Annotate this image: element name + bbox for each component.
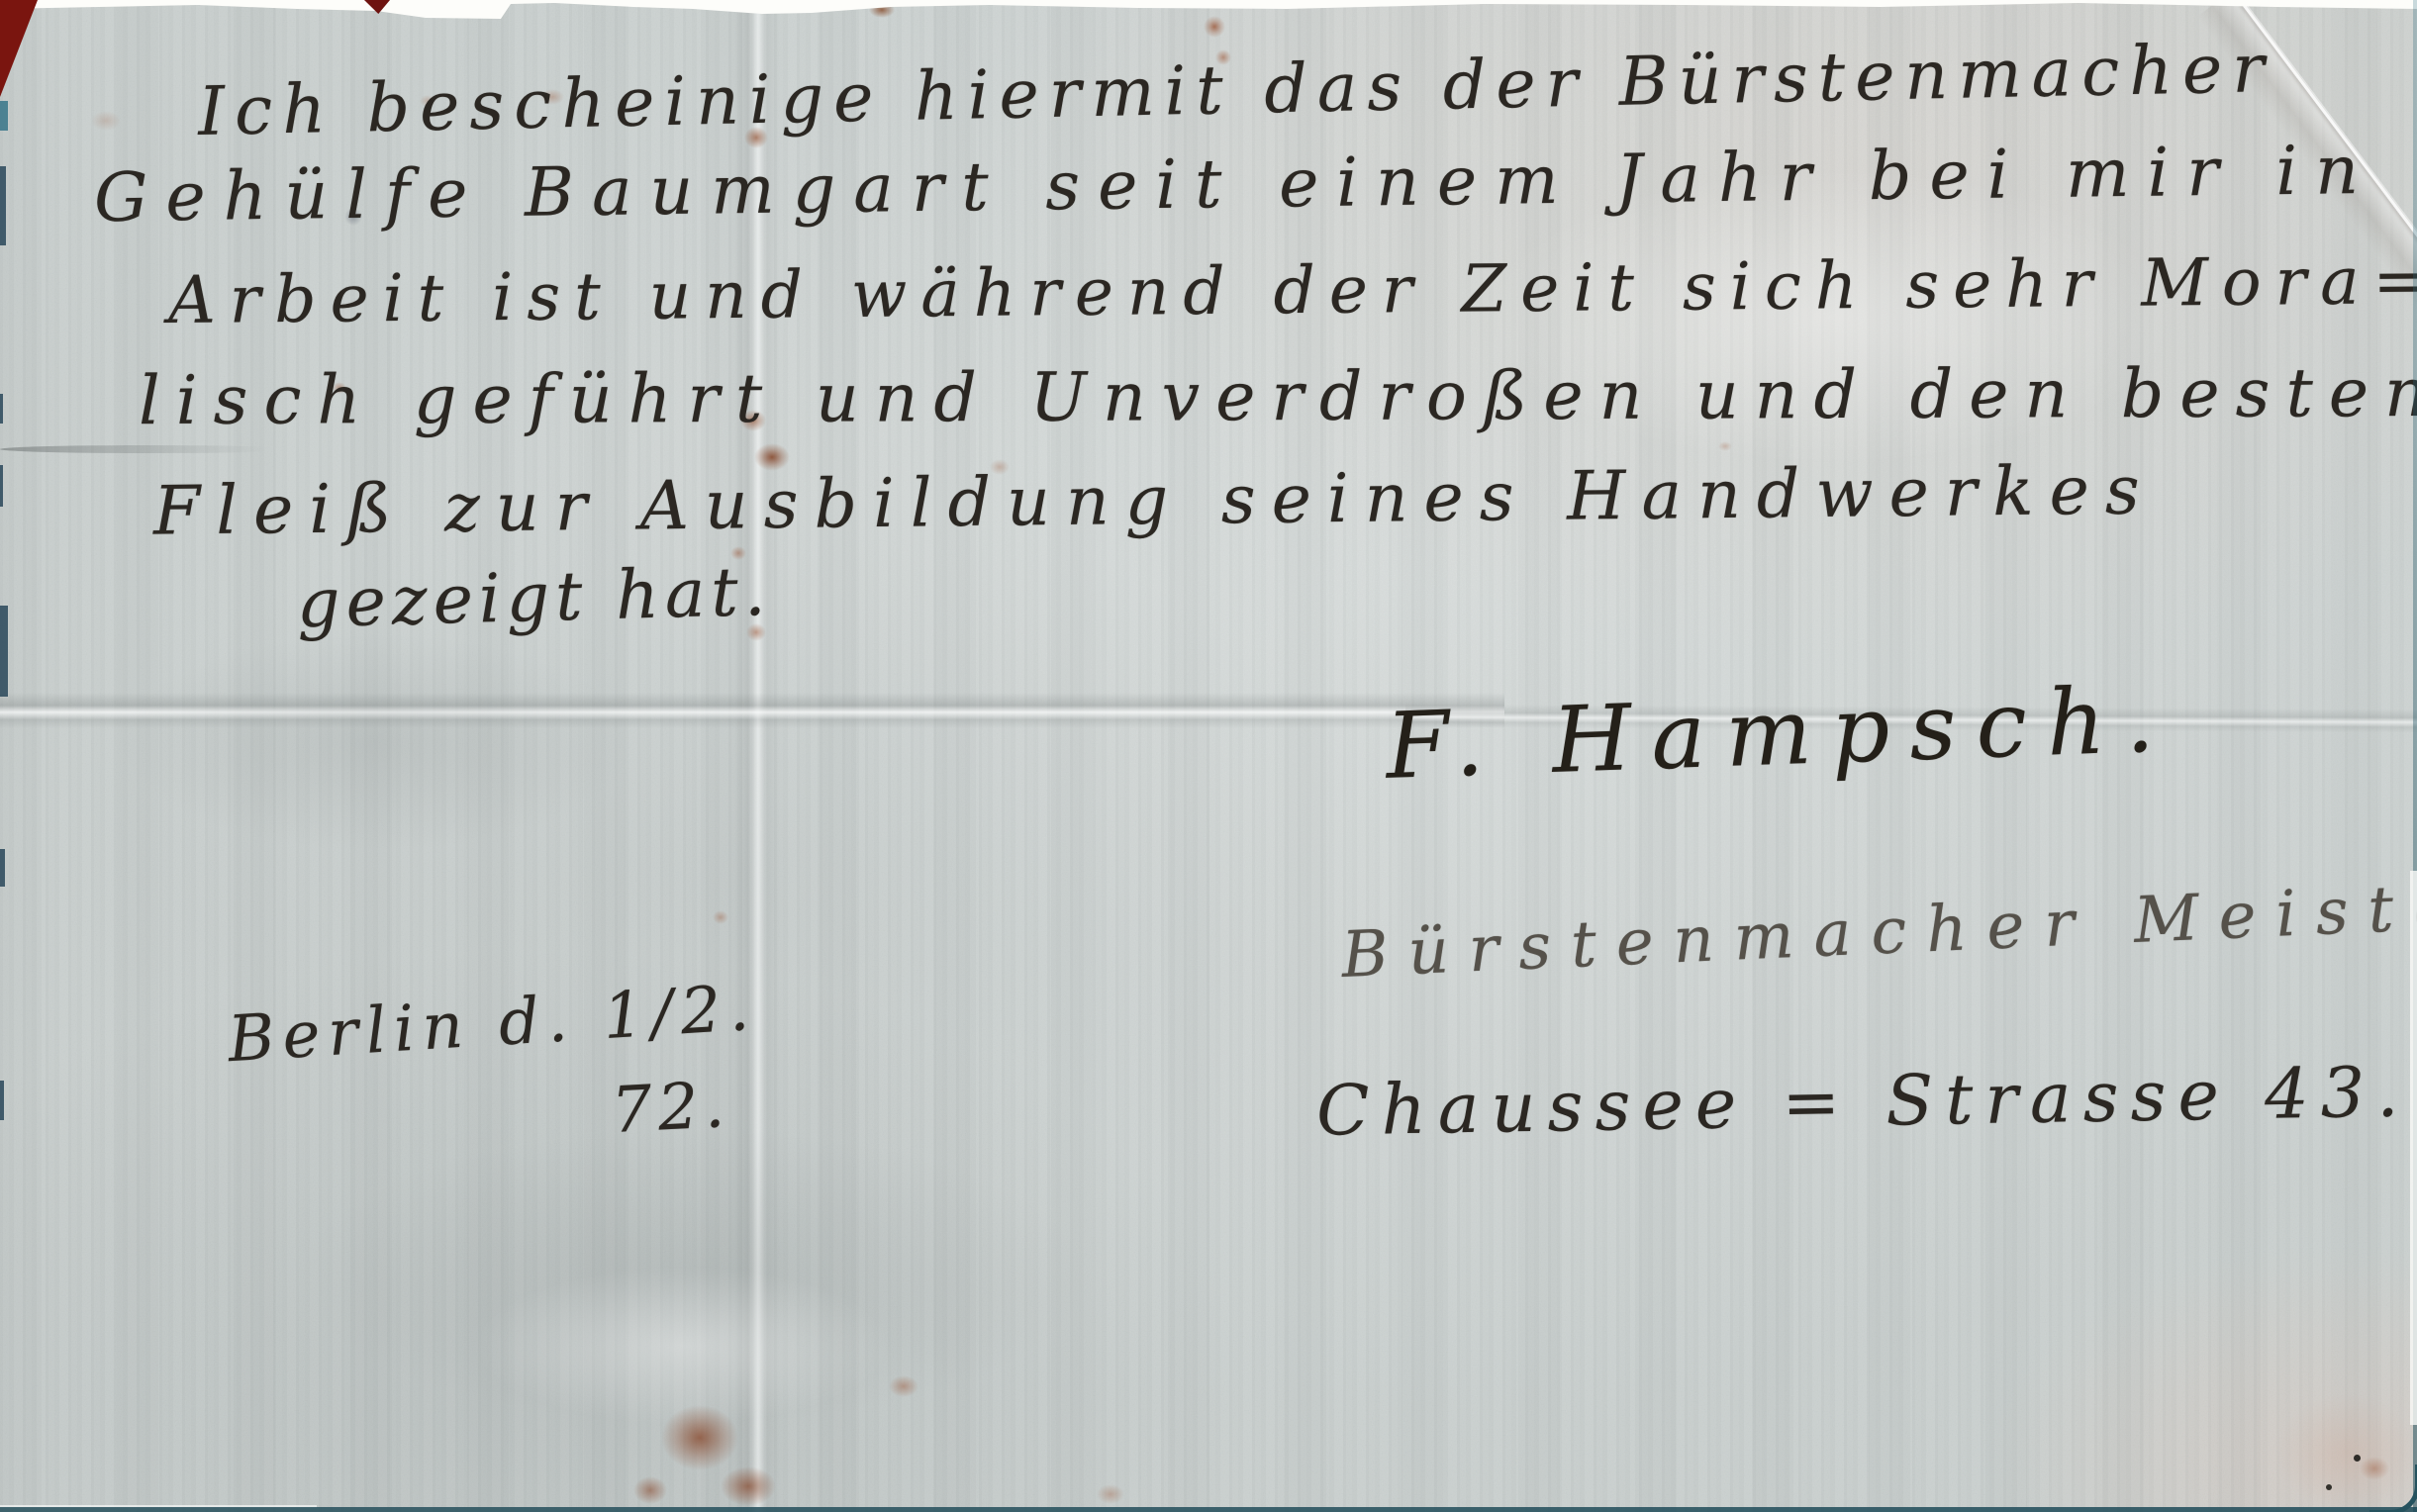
crease-left-short — [0, 445, 297, 453]
handwriting-line-4: lisch geführt und Unverdroßen und den be… — [139, 357, 2417, 439]
scanned-document-page: Ich bescheinige hiermit das der Bürstenm… — [0, 0, 2417, 1512]
signature-address: Chaussee = Strasse 43. — [1315, 1054, 2411, 1149]
scanner-edge-right — [2413, 0, 2417, 1512]
scanner-edge-sliver — [0, 1081, 4, 1120]
scanner-edge-sliver — [0, 849, 5, 887]
scanner-edge-sliver — [0, 606, 8, 697]
dateline-year: 72. — [610, 1071, 731, 1147]
paper-sheet: Ich bescheinige hiermit das der Bürstenm… — [0, 0, 2417, 1512]
scanner-edge-corner-bottom-right — [2369, 1465, 2417, 1512]
fold-crease-horizontal-left — [0, 693, 1504, 728]
scanner-edge-sliver — [0, 101, 8, 131]
scanner-edge-sliver — [0, 465, 3, 507]
scanner-edge-bottom — [0, 1507, 2417, 1512]
scanner-edge-sliver — [0, 394, 3, 424]
handwriting-line-6: gezeigt hat. — [296, 556, 772, 642]
scanner-edge-sliver — [0, 166, 6, 245]
